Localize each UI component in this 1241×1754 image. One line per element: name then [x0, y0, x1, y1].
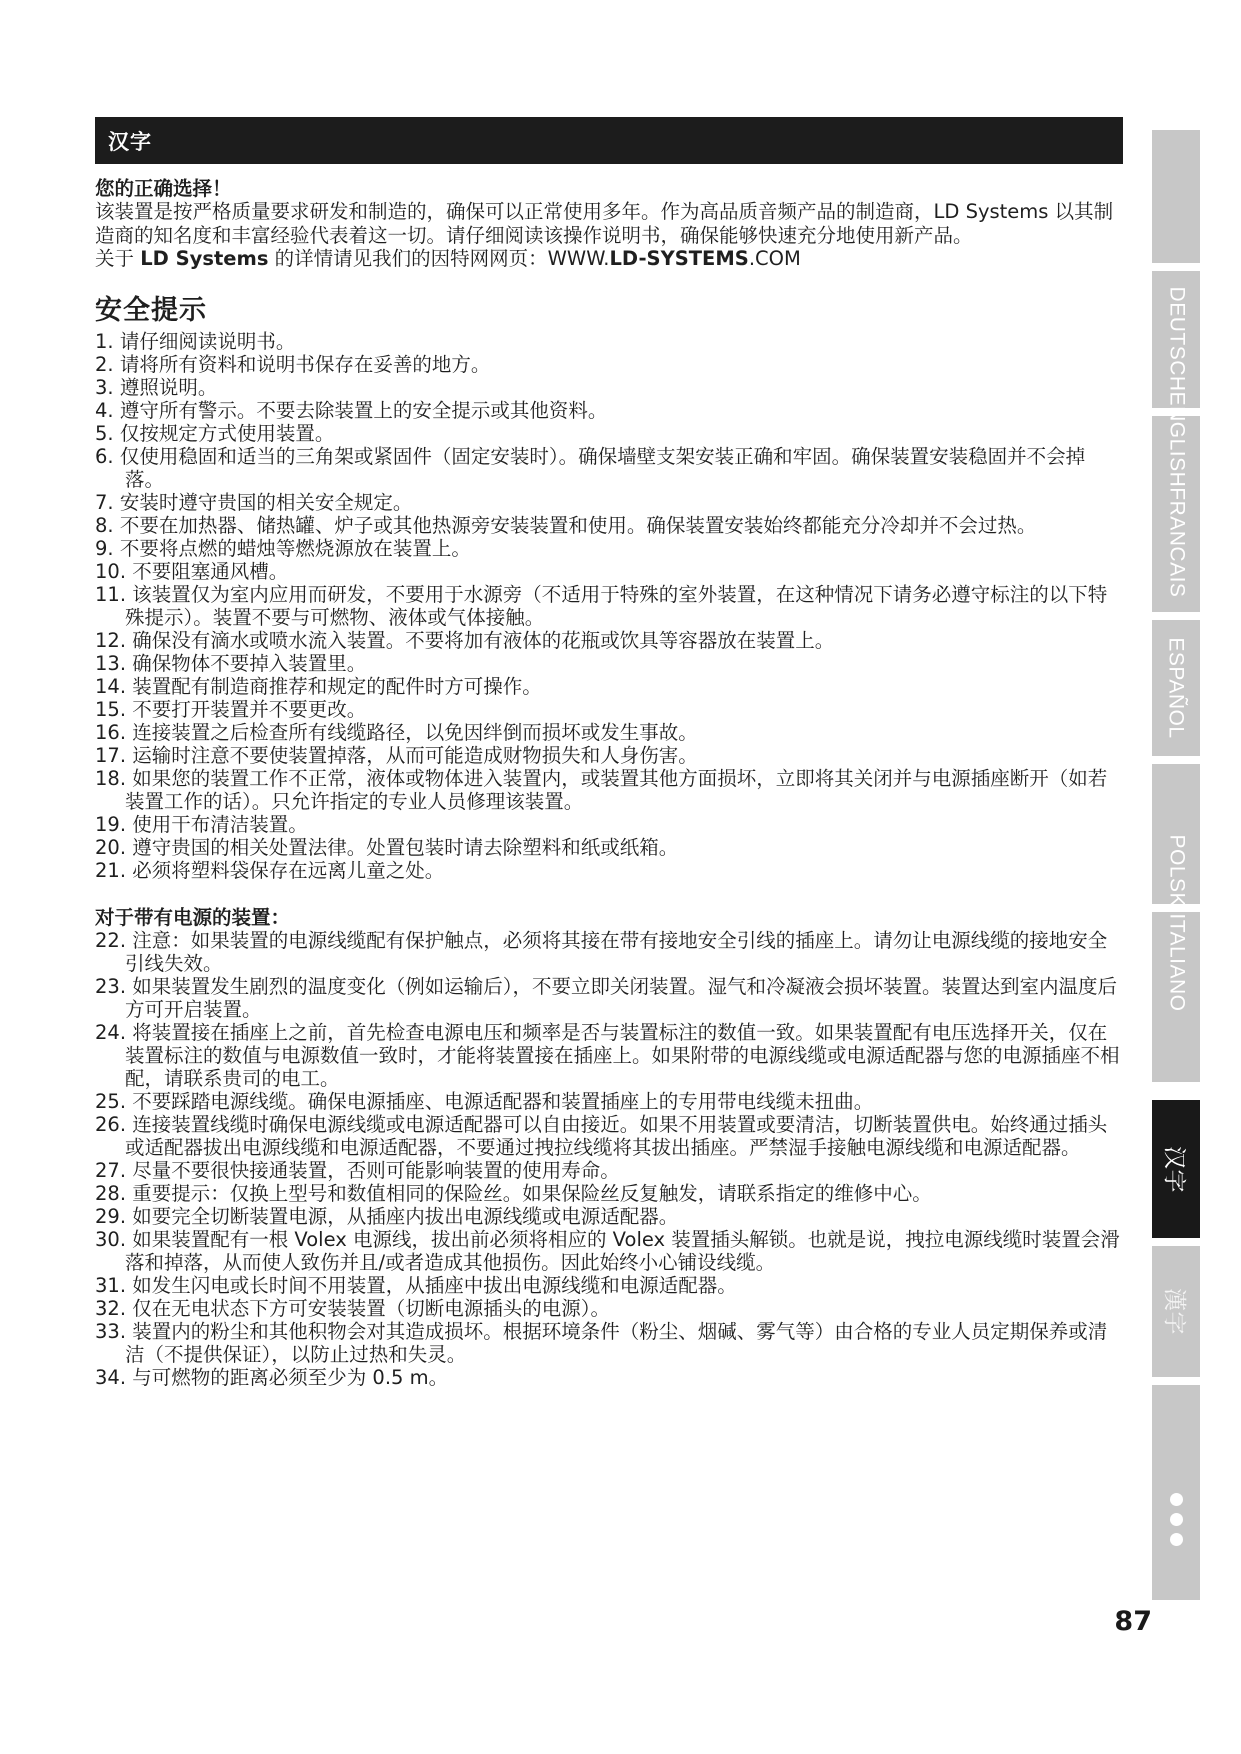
safety-list-item: 21. 必须将塑料袋保存在远离儿童之处。: [95, 859, 1123, 882]
more-dot-icon: [1170, 1533, 1183, 1546]
item-text: 遵照说明。: [120, 376, 218, 399]
safety-list-item: 1. 请仔细阅读说明书。: [95, 330, 1123, 353]
item-number: 18.: [95, 767, 126, 790]
power-list-item: 30. 如果装置配有一根 Volex 电源线，拔出前必须将相应的 Volex 装…: [95, 1228, 1123, 1274]
item-number: 25.: [95, 1090, 126, 1113]
power-list-item: 34. 与可燃物的距离必须至少为 0.5 m。: [95, 1366, 1123, 1389]
item-text: 确保物体不要掉入装置里。: [132, 652, 366, 675]
tab-espanol[interactable]: [1152, 620, 1200, 756]
item-text: 仅按规定方式使用装置。: [120, 422, 335, 445]
item-number: 34.: [95, 1366, 126, 1389]
tab-english-francais[interactable]: [1152, 416, 1200, 612]
tab-deutsch[interactable]: [1152, 271, 1200, 408]
item-number: 8.: [95, 514, 114, 537]
item-number: 26.: [95, 1113, 126, 1136]
item-text: 装置配有制造商推荐和规定的配件时方可操作。: [132, 675, 542, 698]
safety-list-item: 17. 运输时注意不要使装置掉落，从而可能造成财物损失和人身伤害。: [95, 744, 1123, 767]
item-text: 如果装置配有一根 Volex 电源线，拔出前必须将相应的 Volex 装置插头解…: [125, 1228, 1120, 1274]
safety-list-item: 11. 该装置仅为室内应用而研发，不要用于水源旁（不适用于特殊的室外装置，在这种…: [95, 583, 1123, 629]
safety-list-item: 3. 遵照说明。: [95, 376, 1123, 399]
item-text: 连接装置之后检查所有线缆路径，以免因绊倒而损坏或发生事故。: [132, 721, 698, 744]
item-text: 不要阻塞通风槽。: [132, 560, 288, 583]
item-text: 不要打开装置并不要更改。: [132, 698, 366, 721]
safety-list-item: 7. 安装时遵守贵国的相关安全规定。: [95, 491, 1123, 514]
safety-list-item: 15. 不要打开装置并不要更改。: [95, 698, 1123, 721]
power-list-item: 25. 不要踩踏电源线缆。确保电源插座、电源适配器和装置插座上的专用带电线缆未扭…: [95, 1090, 1123, 1113]
item-text: 请仔细阅读说明书。: [120, 330, 296, 353]
item-number: 21.: [95, 859, 126, 882]
safety-list-item: 4. 遵守所有警示。不要去除装置上的安全提示或其他资料。: [95, 399, 1123, 422]
tab-hanzi-traditional[interactable]: [1152, 1246, 1200, 1377]
safety-list-item: 6. 仅使用稳固和适当的三角架或紧固件（固定安装时）。确保墙壁支架安装正确和牢固…: [95, 445, 1123, 491]
item-text: 不要踩踏电源线缆。确保电源插座、电源适配器和装置插座上的专用带电线缆未扭曲。: [132, 1090, 873, 1113]
item-text: 与可燃物的距离必须至少为 0.5 m。: [132, 1366, 448, 1389]
website-domain: LD-SYSTEMS: [609, 247, 748, 270]
about-mid: 的详情请见我们的因特网网页：WWW.: [268, 247, 609, 270]
safety-list-item: 8. 不要在加热器、储热罐、炉子或其他热源旁安装装置和使用。确保装置安装始终都能…: [95, 514, 1123, 537]
item-number: 5.: [95, 422, 114, 445]
about-pre: 关于: [95, 247, 140, 270]
item-number: 15.: [95, 698, 126, 721]
safety-list-item: 16. 连接装置之后检查所有线缆路径，以免因绊倒而损坏或发生事故。: [95, 721, 1123, 744]
item-number: 23.: [95, 975, 126, 998]
item-text: 连接装置线缆时确保电源线缆或电源适配器可以自由接近。如果不用装置或要清洁，切断装…: [125, 1113, 1107, 1159]
safety-list-item: 2. 请将所有资料和说明书保存在妥善的地方。: [95, 353, 1123, 376]
item-text: 必须将塑料袋保存在远离儿童之处。: [132, 859, 444, 882]
safety-list-item: 13. 确保物体不要掉入装置里。: [95, 652, 1123, 675]
item-text: 确保没有滴水或喷水流入装置。不要将加有液体的花瓶或饮具等容器放在装置上。: [132, 629, 834, 652]
item-text: 如发生闪电或长时间不用装置，从插座中拔出电源线缆和电源适配器。: [132, 1274, 737, 1297]
section-header-label: 汉字: [108, 126, 152, 156]
safety-list-item: 20. 遵守贵国的相关处置法律。处置包装时请去除塑料和纸或纸箱。: [95, 836, 1123, 859]
tab-polski[interactable]: [1152, 764, 1200, 904]
item-text: 运输时注意不要使装置掉落，从而可能造成财物损失和人身伤害。: [132, 744, 698, 767]
power-list-item: 28. 重要提示：仅换上型号和数值相同的保险丝。如果保险丝反复触发，请联系指定的…: [95, 1182, 1123, 1205]
item-text: 该装置仅为室内应用而研发，不要用于水源旁（不适用于特殊的室外装置，在这种情况下请…: [125, 583, 1107, 629]
item-number: 1.: [95, 330, 114, 353]
item-text: 不要在加热器、储热罐、炉子或其他热源旁安装装置和使用。确保装置安装始终都能充分冷…: [120, 514, 1037, 537]
safety-heading: 安全提示: [95, 295, 1123, 327]
item-number: 19.: [95, 813, 126, 836]
safety-list-item: 18. 如果您的装置工作不正常，液体或物体进入装置内，或装置其他方面损坏，立即将…: [95, 767, 1123, 813]
item-number: 17.: [95, 744, 126, 767]
item-number: 32.: [95, 1297, 126, 1320]
item-text: 如果您的装置工作不正常，液体或物体进入装置内，或装置其他方面损坏，立即将其关闭并…: [125, 767, 1107, 813]
item-number: 30.: [95, 1228, 126, 1251]
power-list-item: 31. 如发生闪电或长时间不用装置，从插座中拔出电源线缆和电源适配器。: [95, 1274, 1123, 1297]
item-text: 请将所有资料和说明书保存在妥善的地方。: [120, 353, 491, 376]
safety-list-item: 14. 装置配有制造商推荐和规定的配件时方可操作。: [95, 675, 1123, 698]
tab-hanzi-active[interactable]: [1152, 1100, 1200, 1238]
item-number: 29.: [95, 1205, 126, 1228]
brand-name: LD Systems: [140, 247, 268, 270]
power-list-item: 26. 连接装置线缆时确保电源线缆或电源适配器可以自由接近。如果不用装置或要清洁…: [95, 1113, 1123, 1159]
manual-page: 汉字 您的正确选择！ 该装置是按严格质量要求研发和制造的，确保可以正常使用多年。…: [0, 0, 1241, 1754]
power-list-item: 32. 仅在无电状态下方可安装装置（切断电源插头的电源）。: [95, 1297, 1123, 1320]
item-text: 不要将点燃的蜡烛等燃烧源放在装置上。: [120, 537, 471, 560]
item-text: 遵守所有警示。不要去除装置上的安全提示或其他资料。: [120, 399, 608, 422]
item-number: 4.: [95, 399, 114, 422]
item-number: 2.: [95, 353, 114, 376]
safety-list-item: 9. 不要将点燃的蜡烛等燃烧源放在装置上。: [95, 537, 1123, 560]
power-section-heading: 对于带有电源的装置：: [95, 906, 1123, 929]
item-number: 10.: [95, 560, 126, 583]
tab-more[interactable]: [1152, 1385, 1200, 1600]
tab-blank[interactable]: [1152, 130, 1200, 263]
item-number: 11.: [95, 583, 126, 606]
power-list-item: 24. 将装置接在插座上之前，首先检查电源电压和频率是否与装置标注的数值一致。如…: [95, 1021, 1123, 1090]
power-list-item: 29. 如要完全切断装置电源，从插座内拔出电源线缆或电源适配器。: [95, 1205, 1123, 1228]
power-list-item: 23. 如果装置发生剧烈的温度变化（例如运输后），不要立即关闭装置。湿气和冷凝液…: [95, 975, 1123, 1021]
safety-list-item: 19. 使用干布清洁装置。: [95, 813, 1123, 836]
more-dot-icon: [1170, 1513, 1183, 1526]
power-list-item: 22. 注意：如果装置的电源线缆配有保护触点，必须将其接在带有接地安全引线的插座…: [95, 929, 1123, 975]
item-number: 12.: [95, 629, 126, 652]
item-number: 16.: [95, 721, 126, 744]
item-number: 7.: [95, 491, 114, 514]
power-list: 22. 注意：如果装置的电源线缆配有保护触点，必须将其接在带有接地安全引线的插座…: [95, 929, 1123, 1389]
tab-italiano[interactable]: [1152, 912, 1200, 1082]
item-text: 重要提示：仅换上型号和数值相同的保险丝。如果保险丝反复触发，请联系指定的维修中心…: [132, 1182, 932, 1205]
item-number: 24.: [95, 1021, 126, 1044]
item-number: 14.: [95, 675, 126, 698]
item-text: 遵守贵国的相关处置法律。处置包装时请去除塑料和纸或纸箱。: [132, 836, 678, 859]
more-dot-icon: [1170, 1493, 1183, 1506]
section-header-bar: 汉字: [95, 117, 1123, 164]
item-text: 将装置接在插座上之前，首先检查电源电压和频率是否与装置标注的数值一致。如果装置配…: [125, 1021, 1120, 1090]
language-tab-rail: DEUTSCHENGLISHFRANCAIS ESPAÑOL POLSKIITA…: [1152, 0, 1200, 1754]
item-number: 22.: [95, 929, 126, 952]
item-number: 3.: [95, 376, 114, 399]
item-number: 20.: [95, 836, 126, 859]
intro-paragraph: 该装置是按严格质量要求研发和制造的，确保可以正常使用多年。作为高品质音频产品的制…: [95, 200, 1123, 247]
item-text: 如果装置发生剧烈的温度变化（例如运输后），不要立即关闭装置。湿气和冷凝液会损坏装…: [125, 975, 1117, 1021]
item-text: 如要完全切断装置电源，从插座内拔出电源线缆或电源适配器。: [132, 1205, 678, 1228]
intro-title: 您的正确选择！: [95, 177, 1123, 200]
item-number: 27.: [95, 1159, 126, 1182]
page-number: 87: [1100, 1606, 1152, 1637]
about-line: 关于 LD Systems 的详情请见我们的因特网网页：WWW.LD-SYSTE…: [95, 247, 1123, 271]
item-text: 仅在无电状态下方可安装装置（切断电源插头的电源）。: [132, 1297, 610, 1320]
item-text: 注意：如果装置的电源线缆配有保护触点，必须将其接在带有接地安全引线的插座上。请勿…: [125, 929, 1107, 975]
power-list-item: 27. 尽量不要很快接通装置，否则可能影响装置的使用寿命。: [95, 1159, 1123, 1182]
safety-list: 1. 请仔细阅读说明书。 2. 请将所有资料和说明书保存在妥善的地方。 3. 遵…: [95, 330, 1123, 882]
power-list-item: 33. 装置内的粉尘和其他积物会对其造成损坏。根据环境条件（粉尘、烟碱、雾气等）…: [95, 1320, 1123, 1366]
item-text: 安装时遵守贵国的相关安全规定。: [120, 491, 413, 514]
item-text: 装置内的粉尘和其他积物会对其造成损坏。根据环境条件（粉尘、烟碱、雾气等）由合格的…: [125, 1320, 1107, 1366]
item-text: 仅使用稳固和适当的三角架或紧固件（固定安装时）。确保墙壁支架安装正确和牢固。确保…: [120, 445, 1085, 491]
item-text: 使用干布清洁装置。: [132, 813, 308, 836]
item-number: 28.: [95, 1182, 126, 1205]
item-number: 33.: [95, 1320, 126, 1343]
safety-list-item: 5. 仅按规定方式使用装置。: [95, 422, 1123, 445]
item-number: 31.: [95, 1274, 126, 1297]
item-text: 尽量不要很快接通装置，否则可能影响装置的使用寿命。: [132, 1159, 620, 1182]
main-content: 汉字 您的正确选择！ 该装置是按严格质量要求研发和制造的，确保可以正常使用多年。…: [95, 117, 1123, 1389]
item-number: 6.: [95, 445, 114, 468]
safety-list-item: 10. 不要阻塞通风槽。: [95, 560, 1123, 583]
safety-list-item: 12. 确保没有滴水或喷水流入装置。不要将加有液体的花瓶或饮具等容器放在装置上。: [95, 629, 1123, 652]
about-post: .COM: [749, 247, 801, 270]
item-number: 9.: [95, 537, 114, 560]
item-number: 13.: [95, 652, 126, 675]
